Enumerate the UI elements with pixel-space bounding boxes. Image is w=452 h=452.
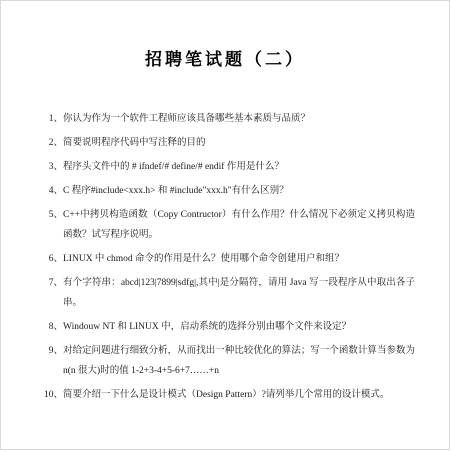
question-item: 5、 C++中拷贝构造函数（Copy Contructor）有什么作用？什么情况… [41, 205, 415, 245]
page-title: 招聘笔试题（二） [1, 45, 449, 70]
question-number: 9、 [41, 341, 63, 361]
question-list: 1、 你认为作为一个软件工程师应该具备哪些基本素质与品质？ 2、 简要说明程序代… [41, 109, 415, 409]
question-number: 7、 [41, 273, 63, 293]
question-item: 4、 C 程序#include<xxx.h> 和 #include"xxx.h"… [41, 181, 415, 201]
question-item: 10、 简要介绍一下什么是设计模式（Design Pattern）?请列举几个常… [41, 385, 415, 405]
question-number: 5、 [41, 205, 63, 225]
question-text: 你认为作为一个软件工程师应该具备哪些基本素质与品质？ [63, 109, 415, 129]
question-item: 2、 简要说明程序代码中写注释的目的 [41, 133, 415, 153]
question-number: 3、 [41, 157, 63, 177]
question-text: 对给定问题进行细致分析，从而找出一种比较优化的算法；写一个函数计算当参数为 n(… [63, 341, 415, 381]
question-text: 简要说明程序代码中写注释的目的 [63, 133, 415, 153]
question-item: 3、 程序头文件中的 # ifndef/# define/# endif 作用是… [41, 157, 415, 177]
question-text: C 程序#include<xxx.h> 和 #include"xxx.h"有什么… [63, 181, 415, 201]
question-number: 8、 [41, 317, 63, 337]
question-item: 6、 LINUX 中 chmod 命令的作用是什么？使用哪个命令创建用户和组？ [41, 249, 415, 269]
question-number: 1、 [41, 109, 63, 129]
question-number: 6、 [41, 249, 63, 269]
question-item: 1、 你认为作为一个软件工程师应该具备哪些基本素质与品质？ [41, 109, 415, 129]
question-text: 简要介绍一下什么是设计模式（Design Pattern）?请列举几个常用的设计… [63, 385, 415, 405]
question-text: 有个字符串：abcd|123|7899|sdfg|,其中|是分隔符，请用 Jav… [63, 273, 415, 313]
question-text: C++中拷贝构造函数（Copy Contructor）有什么作用？什么情况下必须… [63, 205, 415, 245]
question-text: 程序头文件中的 # ifndef/# define/# endif 作用是什么？ [63, 157, 415, 177]
question-text: Windouw NT 和 LINUX 中，启动系统的选择分别由哪个文件来设定？ [63, 317, 415, 337]
question-number: 10、 [41, 385, 63, 405]
question-text: LINUX 中 chmod 命令的作用是什么？使用哪个命令创建用户和组？ [63, 249, 415, 269]
question-item: 9、 对给定问题进行细致分析，从而找出一种比较优化的算法；写一个函数计算当参数为… [41, 341, 415, 381]
document-page: 招聘笔试题（二） 1、 你认为作为一个软件工程师应该具备哪些基本素质与品质？ 2… [0, 0, 450, 450]
question-number: 2、 [41, 133, 63, 153]
question-item: 7、 有个字符串：abcd|123|7899|sdfg|,其中|是分隔符，请用 … [41, 273, 415, 313]
question-item: 8、 Windouw NT 和 LINUX 中，启动系统的选择分别由哪个文件来设… [41, 317, 415, 337]
question-number: 4、 [41, 181, 63, 201]
